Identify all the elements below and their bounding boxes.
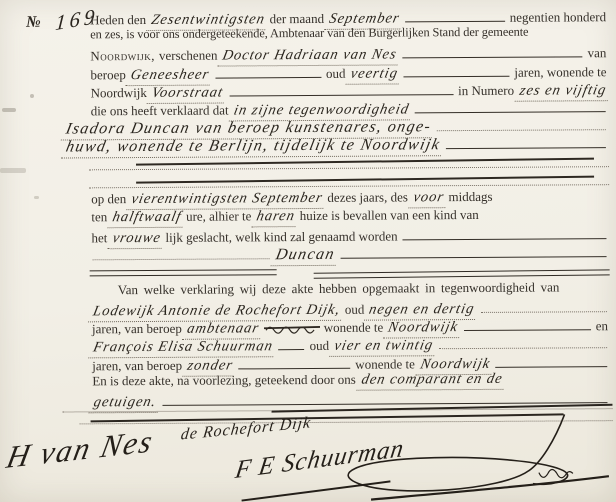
printed-text: negentien honderd	[508, 9, 608, 26]
fill-line	[403, 224, 607, 240]
printed-text: der maand	[268, 11, 327, 27]
handwritten-entry-hour: halftwaalf	[107, 209, 186, 228]
printed-text-municipality: Noordwijk,	[88, 48, 157, 64]
handwritten-entry-daypart: voor	[408, 189, 449, 208]
handwritten-entry-whose-house: haren	[251, 208, 299, 227]
crossed-blank-line	[89, 170, 609, 188]
act-text: Heden den Zesentwintigsten der maand Sep…	[88, 6, 610, 409]
crossed-blank-line	[89, 152, 609, 170]
signature-witness1: de Rochefort Dijk	[180, 414, 312, 444]
double-rule	[90, 269, 277, 276]
handwritten-entry-witness1-residence: Noordwijk	[383, 319, 463, 338]
handwritten-entry-child-name: Duncan	[271, 246, 340, 266]
fill-line	[446, 133, 606, 149]
fill-line	[162, 388, 608, 406]
handwritten-entry-witness2-age: vier en twintig	[329, 338, 438, 358]
printed-text: Noordwijk	[89, 85, 149, 101]
handwritten-entry-witness2-profession: zonder	[182, 357, 237, 376]
printed-text: jaren, van beroep	[90, 357, 184, 374]
printed-text: jaren, wonende te	[512, 64, 608, 81]
signature-registrar-paraph	[333, 412, 616, 502]
fill-line	[279, 335, 305, 350]
dotted-rule	[480, 297, 606, 313]
handwritten-entry-witness2-name: François Elisa Schuurman	[88, 339, 277, 359]
handwritten-entry-birthdate: vierentwintigsten September	[126, 190, 327, 210]
scan-speck	[34, 196, 39, 199]
fill-line	[404, 61, 510, 77]
printed-text: middags	[446, 189, 494, 205]
printed-text: op den	[89, 191, 128, 207]
printed-text: jaren, van beroep	[90, 321, 184, 338]
signature-comparant: H van Nes	[3, 423, 157, 476]
handwritten-entry-signers: den comparant en de	[356, 371, 507, 391]
fill-line	[341, 243, 607, 260]
fill-line	[405, 7, 505, 23]
printed-text: verschenen	[157, 48, 220, 64]
scan-speck	[30, 94, 34, 98]
handwritten-entry-month: September	[324, 10, 404, 29]
act-number-symbol: №	[26, 14, 41, 31]
dotted-rule	[437, 115, 606, 131]
handwritten-entry-witness1-age: negen en dertig	[364, 301, 479, 321]
fill-line	[464, 315, 591, 331]
dotted-rule	[439, 334, 607, 350]
printed-text: van	[586, 46, 609, 62]
printed-text: wonende te	[353, 356, 417, 372]
printed-text: dezes jaars, des	[325, 189, 410, 206]
document-page: № 169 Heden den Zesentwintigsten der maa…	[0, 0, 616, 502]
fill-line	[229, 80, 453, 96]
printed-text: oud	[343, 302, 367, 318]
handwritten-entry-housenumber: zes en vijftig	[514, 82, 610, 102]
printed-text: Heden den	[88, 12, 148, 28]
handwritten-entry-street: Voorstraat	[147, 84, 228, 103]
fill-line	[402, 43, 582, 59]
printed-text: ure, alhier te	[184, 208, 253, 224]
printed-text: die ons heeft verklaard dat	[89, 102, 231, 119]
double-rule	[313, 269, 609, 278]
handwritten-entry-profession: Geneesheer	[126, 66, 214, 86]
printed-text: huize is bevallen van een kind van	[298, 207, 481, 224]
printed-text: oud	[324, 65, 348, 81]
scan-speck	[2, 108, 16, 112]
scan-speck	[0, 168, 26, 173]
printed-text: ten	[89, 209, 109, 225]
printed-text: beroep	[88, 67, 127, 83]
handwritten-entry-witness1-name: Lodewijk Antonie de Rochefort Dijk,	[88, 302, 345, 323]
fill-line	[495, 352, 607, 368]
handwritten-entry-age: veertig	[345, 65, 402, 84]
handwritten-entry-declarant-name: Doctor Hadriaan van Nes	[217, 47, 401, 67]
printed-text: oud	[308, 338, 332, 354]
handwritten-entry-day: Zesentwintigsten	[146, 11, 269, 31]
printed-text: en	[594, 318, 610, 334]
printed-text: in Numero	[456, 82, 516, 98]
printed-text: wonende te	[322, 320, 386, 336]
struck-out-word	[264, 322, 320, 334]
printed-text: het	[89, 230, 109, 246]
signature-block: H van Nes de Rochefort Dijk F E Schuurma…	[3, 412, 616, 502]
handwritten-entry-witness1-profession: ambtenaar	[182, 320, 264, 339]
printed-text: Van welke verklaring wij deze akte hebbe…	[116, 279, 562, 298]
handwritten-entry-sex: vrouwe	[107, 230, 165, 249]
